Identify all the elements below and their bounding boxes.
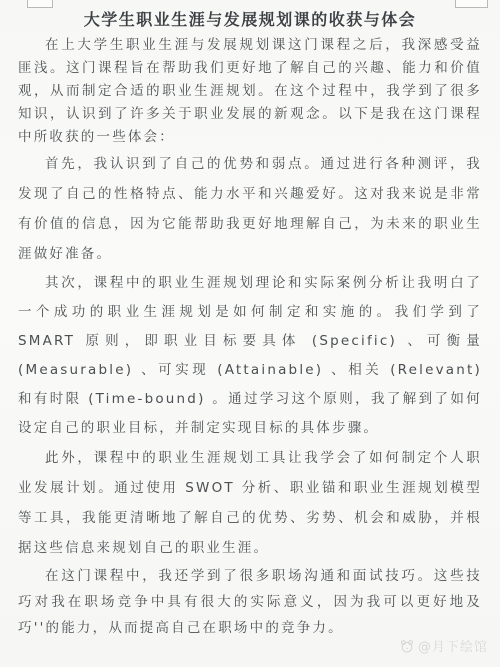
corner-tab-right: [455, 0, 488, 8]
body-paragraph-intro: 在上大学生职业生涯与发展规划课这门课程之后，我深感受益匪浅。这门课程旨在帮助我们…: [18, 34, 482, 149]
body-paragraph-smart: 其次，课程中的职业生涯规划理论和实际案例分析让我明白了一个成功的职业生涯规划是如…: [18, 269, 482, 443]
body-paragraph-interview: 在这门课程中，我还学到了很多职场沟通和面试技巧。这些技巧对我在职场竞争中具有很大…: [18, 563, 482, 641]
body-paragraph-tools: 此外，课程中的职业生涯规划工具让我学会了如何制定个人职业发展计划。通过使用 SW…: [18, 443, 482, 563]
page-title: 大学生职业生涯与发展规划课的收获与体会: [20, 7, 480, 30]
bear-icon: [399, 639, 415, 653]
corner-tab-left: [27, 0, 53, 8]
body-paragraph-strengths: 首先，我认识到了自己的优势和弱点。通过进行各种测评，我发现了自己的性格特点、能力…: [18, 149, 482, 269]
document-page: 大学生职业生涯与发展规划课的收获与体会 在上大学生职业生涯与发展规划课这门课程之…: [0, 0, 500, 667]
watermark: @月下绘馆: [399, 636, 488, 655]
essay-body: 在上大学生职业生涯与发展规划课这门课程之后，我深感受益匪浅。这门课程旨在帮助我们…: [0, 34, 500, 641]
watermark-text: @月下绘馆: [418, 636, 488, 655]
